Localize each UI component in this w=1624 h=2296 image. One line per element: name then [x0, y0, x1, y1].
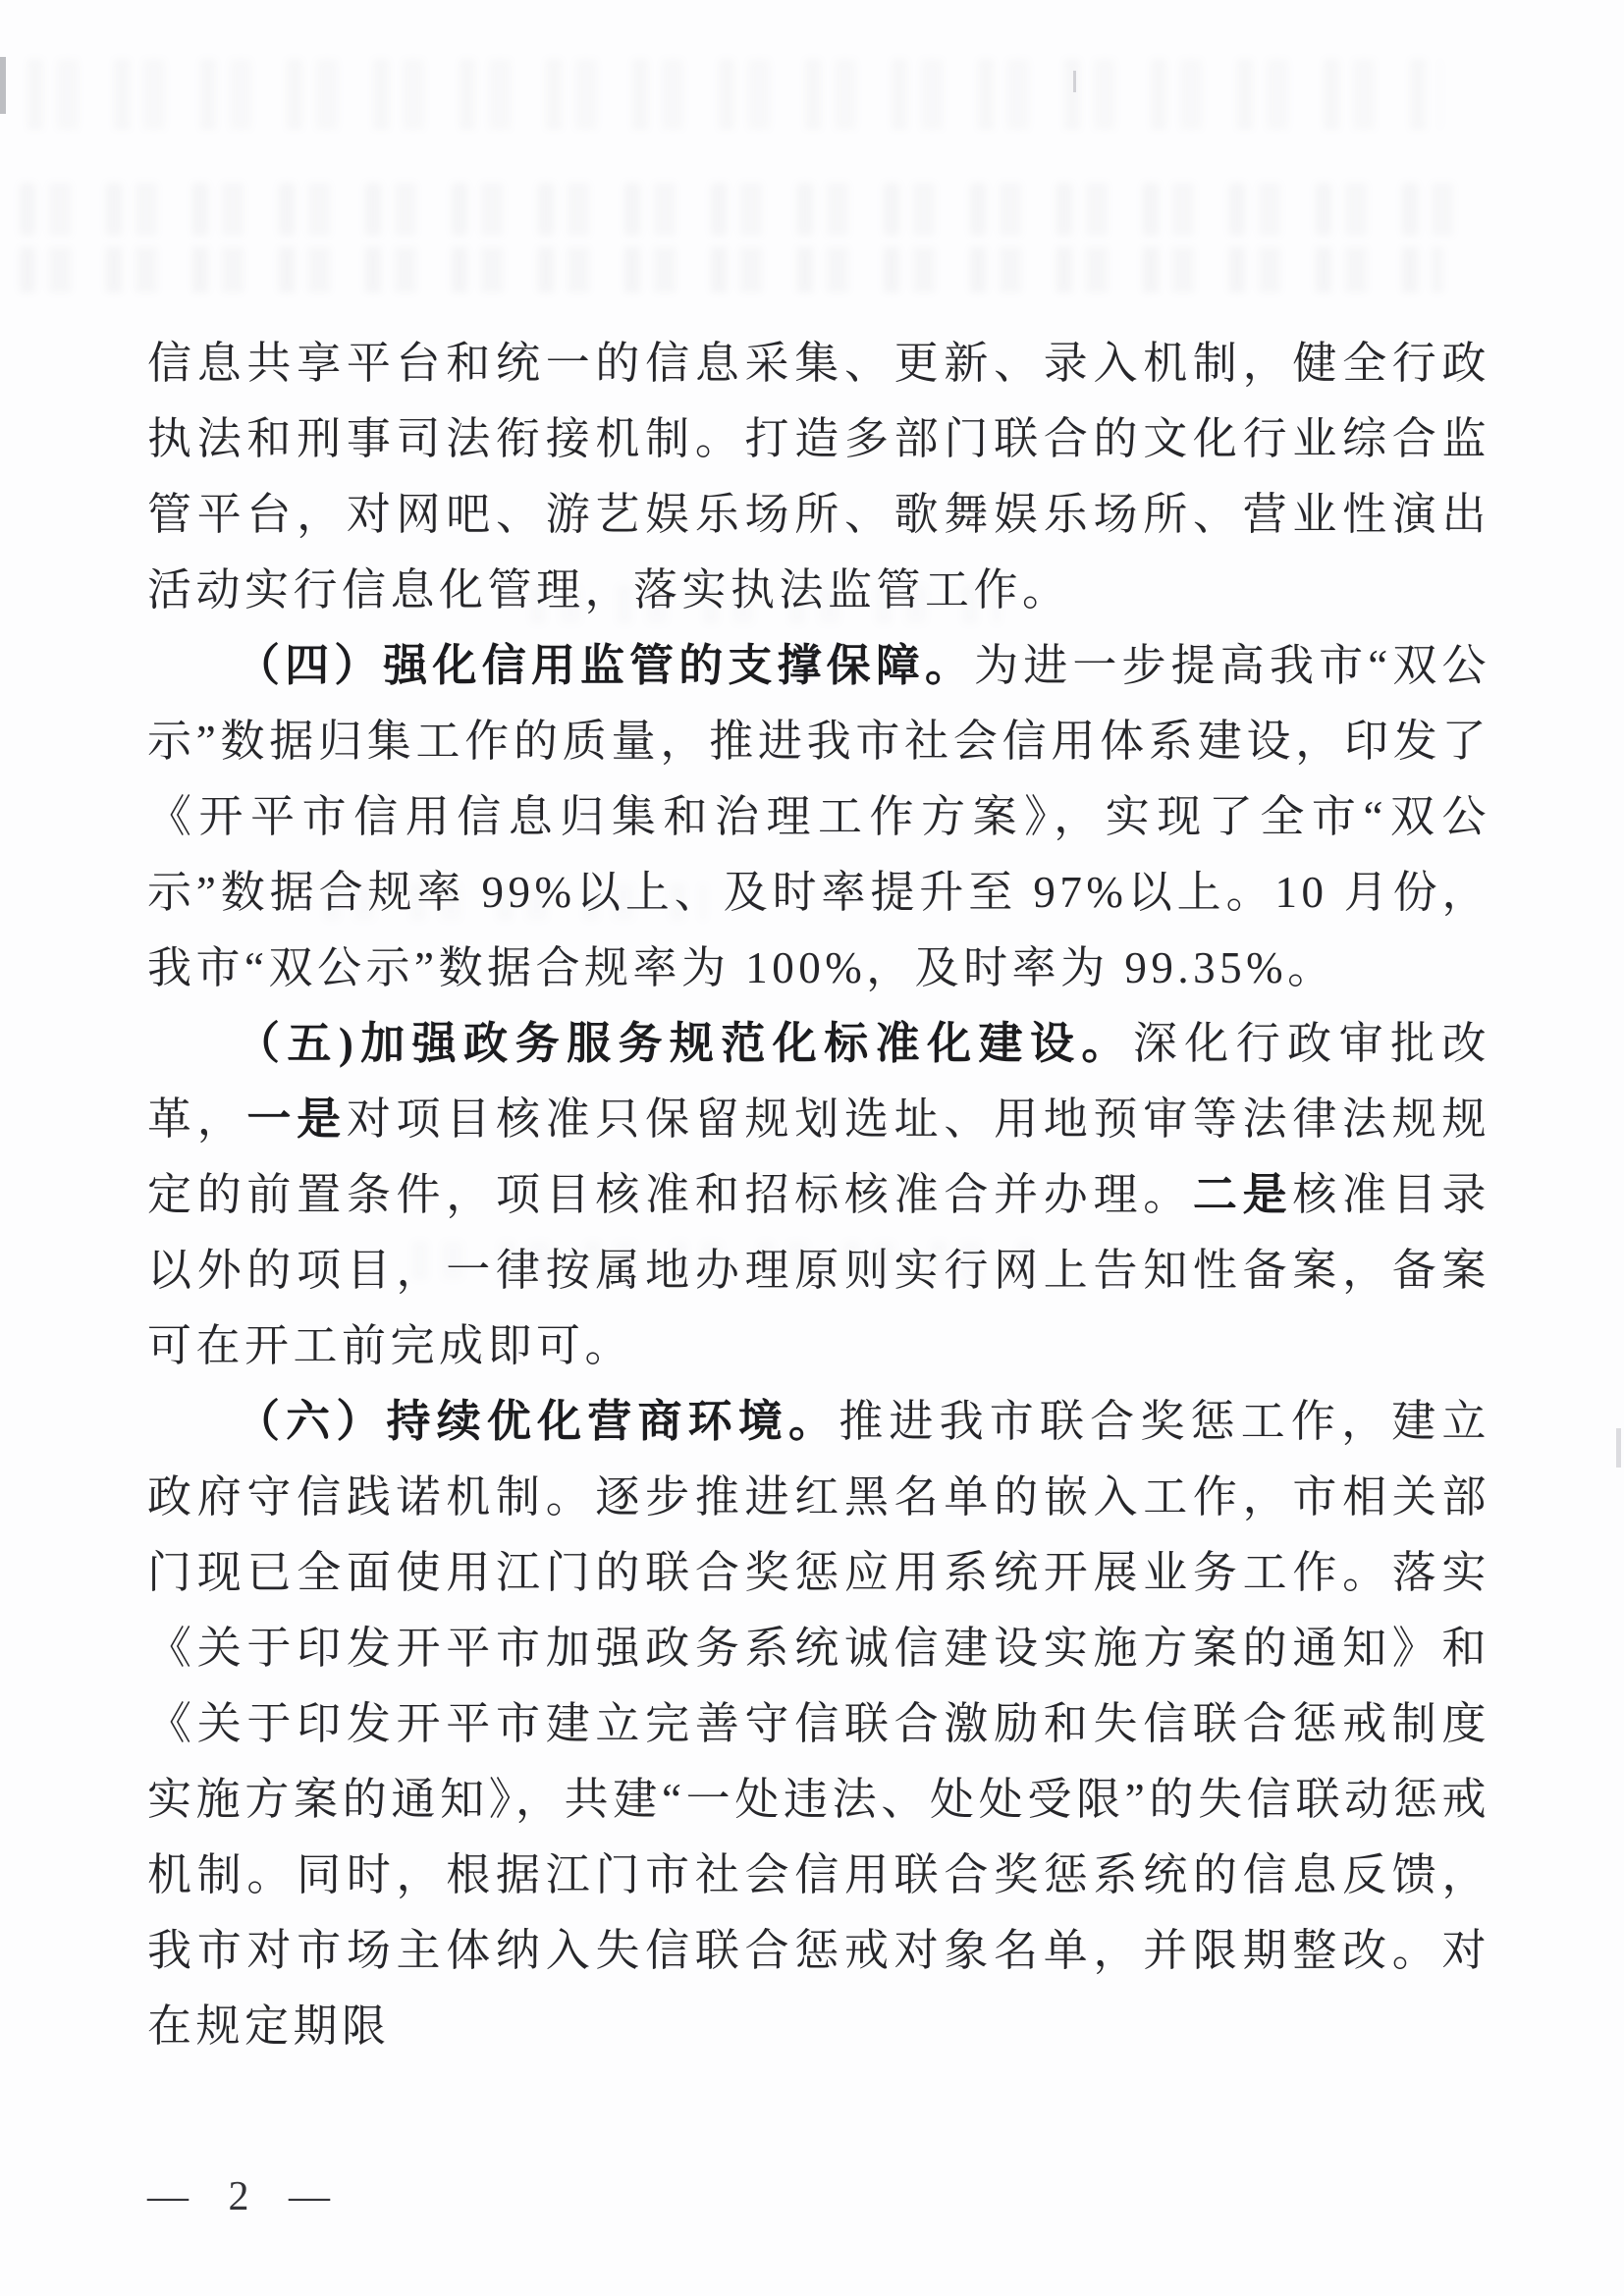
paragraph-heading-text: （六）持续优化营商环境。	[236, 1397, 839, 1446]
paragraph-text: 信息共享平台和统一的信息采集、更新、录入机制，健全行政执法和刑事司法衔接机制。打…	[147, 339, 1490, 614]
paragraph-heading-text: 二是	[1193, 1170, 1292, 1219]
paragraph-text: 为进一步提高我市“双公示”数据归集工作的质量，推进我市社会信用体系建设，印发了《…	[147, 641, 1490, 992]
paragraph-text: 推进我市联合奖惩工作，建立政府守信践诺机制。逐步推进红黑名单的嵌入工作，市相关部…	[147, 1397, 1490, 2051]
page-number: — 2 —	[147, 2173, 332, 2220]
scan-bleedthrough-artifact	[20, 183, 1483, 236]
scan-edge-artifact	[0, 57, 6, 114]
scan-edge-artifact	[1073, 71, 1076, 92]
paragraph: （四）强化信用监管的支撑保障。为进一步提高我市“双公示”数据归集工作的质量，推进…	[147, 628, 1490, 1006]
scan-bleedthrough-artifact	[20, 247, 1443, 293]
paragraph: （六）持续优化营商环境。推进我市联合奖惩工作，建立政府守信践诺机制。逐步推进红黑…	[147, 1384, 1490, 2064]
scanned-document-page: 信息共享平台和统一的信息采集、更新、录入机制，健全行政执法和刑事司法衔接机制。打…	[0, 0, 1624, 2296]
document-body: 信息共享平台和统一的信息采集、更新、录入机制，健全行政执法和刑事司法衔接机制。打…	[147, 326, 1490, 2064]
paragraph: （五)加强政务服务规范化标准化建设。深化行政审批改革，一是对项目核准只保留规划选…	[147, 1006, 1490, 1384]
scan-bleedthrough-artifact	[27, 59, 1441, 130]
paragraph-heading-text: （五)加强政务服务规范化标准化建设。	[236, 1019, 1133, 1068]
paragraph: 信息共享平台和统一的信息采集、更新、录入机制，健全行政执法和刑事司法衔接机制。打…	[147, 326, 1490, 628]
paragraph-heading-text: （四）强化信用监管的支撑保障。	[236, 641, 974, 690]
paragraph-heading-text: 一是	[246, 1095, 346, 1144]
scan-edge-artifact	[1616, 1428, 1621, 1468]
